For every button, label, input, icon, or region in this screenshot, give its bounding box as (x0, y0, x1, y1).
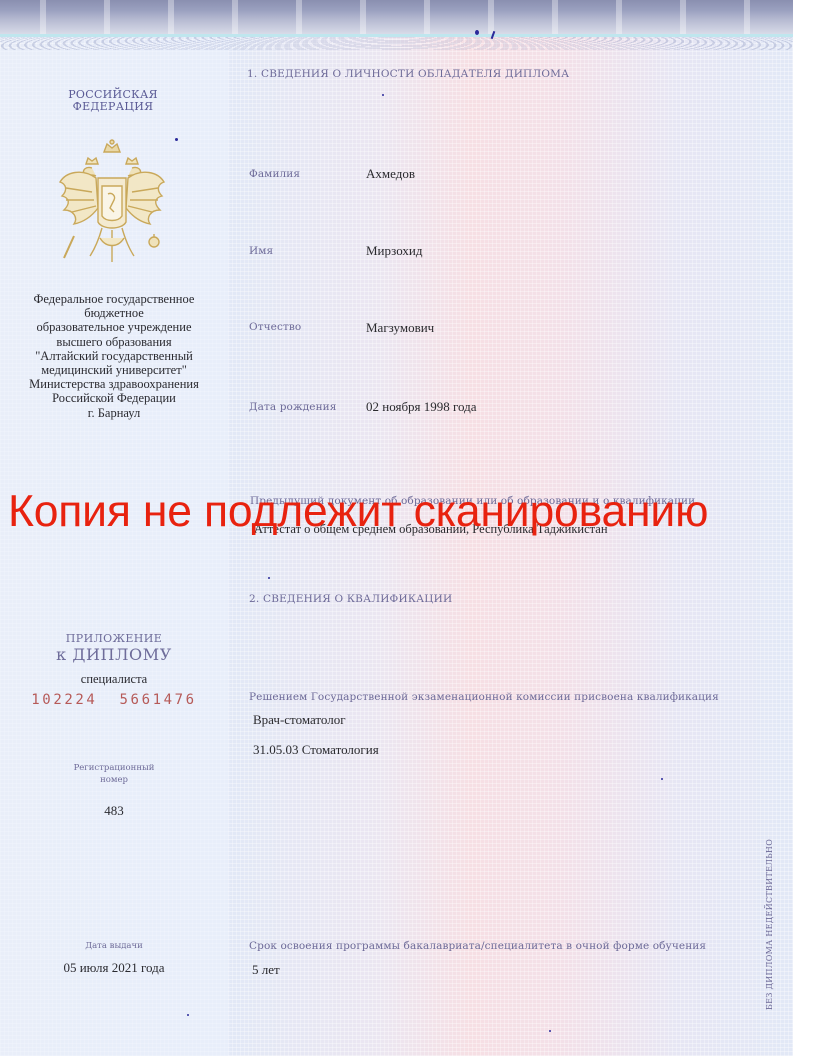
section-1-title: 1. СВЕДЕНИЯ О ЛИЧНОСТИ ОБЛАДАТЕЛЯ ДИПЛОМ… (247, 68, 569, 80)
appendix-title-line-1: ПРИЛОЖЕНИЕ (0, 632, 228, 645)
surname-label: Фамилия (249, 168, 300, 180)
institution-line: бюджетное (0, 306, 228, 320)
institution-name: Федеральное государственное бюджетное об… (0, 292, 228, 420)
ink-mark (268, 577, 270, 579)
russian-coat-of-arms-icon (52, 138, 172, 268)
qualification-label: Решением Государственной экзаменационной… (249, 691, 719, 703)
institution-line: образовательное учреждение (0, 320, 228, 334)
issue-date: 05 июля 2021 года (0, 960, 228, 976)
institution-line: высшего образования (0, 335, 228, 349)
copy-protection-watermark: Копия не подлежит сканированию (0, 487, 816, 537)
institution-line: "Алтайский государственный (0, 349, 228, 363)
institution-line: медицинский университет" (0, 363, 228, 377)
border-line (0, 34, 793, 37)
ink-mark (187, 1014, 189, 1016)
registration-number-label: Регистрационный номер (0, 762, 228, 786)
institution-line: Федеральное государственное (0, 292, 228, 306)
country-line-2: ФЕДЕРАЦИЯ (48, 101, 178, 113)
country-name: РОССИЙСКАЯ ФЕДЕРАЦИЯ (48, 89, 178, 113)
ink-mark (549, 1030, 551, 1032)
surname-value: Ахмедов (366, 166, 415, 182)
ink-mark (382, 94, 384, 96)
first-name-label: Имя (249, 245, 273, 257)
institution-line: Российской Федерации (0, 391, 228, 405)
birth-date-value: 02 ноября 1998 года (366, 399, 477, 415)
appendix-title: ПРИЛОЖЕНИЕ к ДИПЛОМУ (0, 632, 228, 664)
serial-number: 102224 5661476 (0, 692, 228, 708)
patronymic-value: Магзумович (366, 320, 434, 336)
birth-date-label: Дата рождения (249, 401, 337, 413)
validity-note: БЕЗ ДИПЛОМА НЕДЕЙСТВИТЕЛЬНО (765, 839, 774, 1010)
institution-line: Министерства здравоохранения (0, 377, 228, 391)
registration-label-line-2: номер (0, 774, 228, 786)
issue-date-label: Дата выдачи (0, 941, 228, 951)
specialty-value: 31.05.03 Стоматология (253, 742, 379, 758)
ink-mark (661, 778, 663, 780)
registration-number: 483 (0, 803, 228, 819)
first-name-value: Мирзохид (366, 243, 422, 259)
registration-label-line-1: Регистрационный (0, 762, 228, 774)
guilloche-border (0, 0, 793, 34)
study-duration-label: Срок освоения программы бакалавриата/спе… (249, 940, 706, 952)
section-2-title: 2. СВЕДЕНИЯ О КВАЛИФИКАЦИИ (249, 593, 452, 605)
patronymic-label: Отчество (249, 321, 301, 333)
ink-mark (175, 138, 178, 141)
qualification-value: Врач-стоматолог (253, 712, 346, 728)
appendix-title-line-2: к ДИПЛОМУ (0, 645, 228, 664)
institution-line: г. Барнаул (0, 406, 228, 420)
ink-mark (475, 30, 479, 35)
degree-level: специалиста (0, 672, 228, 687)
study-duration-value: 5 лет (252, 962, 280, 978)
